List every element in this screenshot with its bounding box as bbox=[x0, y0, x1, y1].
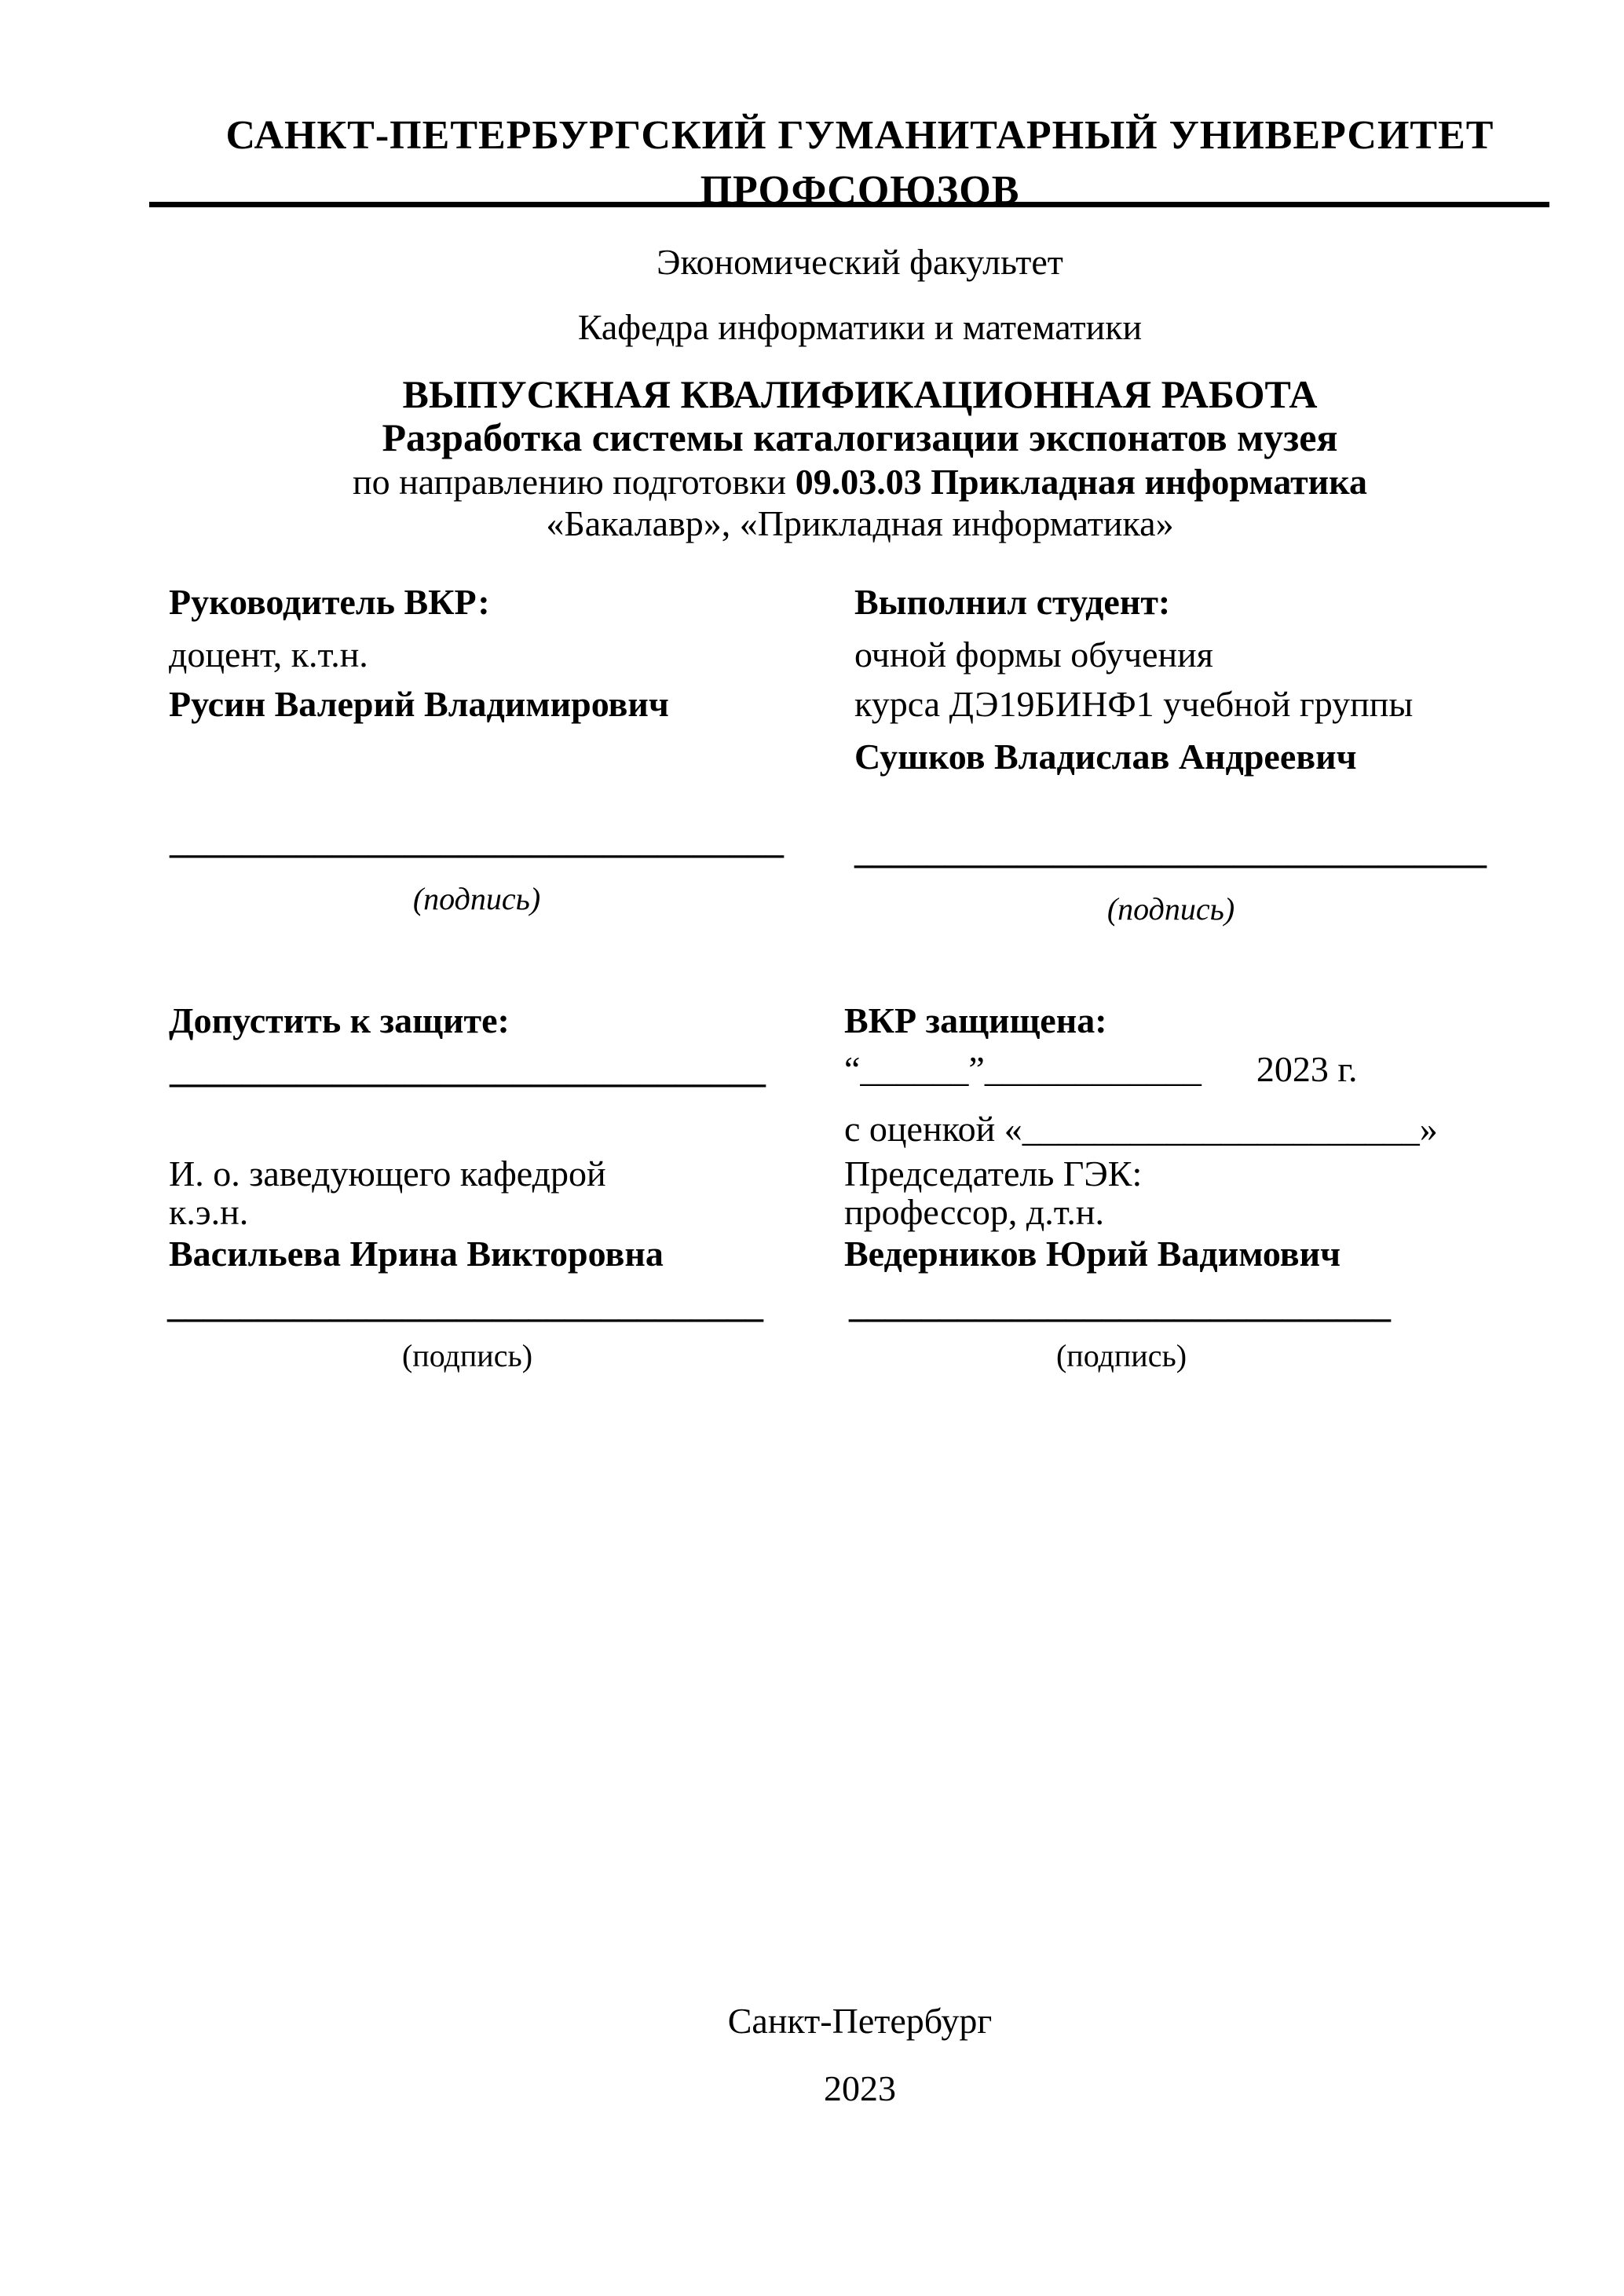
supervisor-label: Руководитель ВКР: bbox=[169, 582, 490, 623]
chairman-degree: профессор, д.т.н. bbox=[844, 1192, 1104, 1234]
city: Санкт-Петербург bbox=[149, 2001, 1571, 2042]
admission-signature-caption: (подпись) bbox=[167, 1338, 767, 1374]
chairman-name: Ведерников Юрий Вадимович bbox=[844, 1234, 1341, 1275]
direction-line: по направлению подготовки 09.03.03 Прикл… bbox=[149, 462, 1571, 503]
defense-label: ВКР защищена: bbox=[844, 1000, 1107, 1042]
chairman-signature-line: ______________________________ bbox=[849, 1287, 1391, 1323]
qualification-line: «Бакалавр», «Прикладная информатика» bbox=[149, 503, 1571, 545]
supervisor-signature-caption: (подпись) bbox=[170, 881, 784, 917]
year: 2023 bbox=[149, 2068, 1571, 2110]
direction-code: 09.03.03 Прикладная информатика bbox=[796, 462, 1367, 502]
department-name: Кафедра информатики и математики bbox=[149, 307, 1571, 349]
thesis-title-page: САНКТ-ПЕТЕРБУРГСКИЙ ГУМАНИТАРНЫЙ УНИВЕРС… bbox=[0, 0, 1624, 2296]
supervisor-degree: доцент, к.т.н. bbox=[169, 634, 368, 676]
student-group: курса ДЭ19БИНФ1 учебной группы bbox=[854, 684, 1413, 726]
defense-grade-line: с оценкой «______________________» bbox=[844, 1109, 1438, 1150]
admission-name: Васильева Ирина Викторовна bbox=[169, 1234, 664, 1275]
admission-degree: к.э.н. bbox=[169, 1192, 248, 1234]
admission-position: И. о. заведующего кафедрой bbox=[169, 1153, 606, 1195]
work-title: Разработка системы каталогизации экспона… bbox=[149, 415, 1571, 461]
defense-date-line: “______”____________2023 г. bbox=[844, 1049, 1358, 1091]
admission-signature-line: _________________________________ bbox=[170, 1052, 766, 1088]
work-type-title: ВЫПУСКНАЯ КВАЛИФИКАЦИОННАЯ РАБОТА bbox=[149, 372, 1571, 418]
student-name: Сушков Владислав Андреевич bbox=[854, 737, 1357, 778]
admission-label: Допустить к защите: bbox=[169, 1000, 510, 1042]
university-name-line1: САНКТ-ПЕТЕРБУРГСКИЙ ГУМАНИТАРНЫЙ УНИВЕРС… bbox=[149, 108, 1571, 163]
supervisor-signature-line: __________________________________ bbox=[170, 823, 784, 859]
student-signature-line: ___________________________________ bbox=[854, 833, 1487, 869]
chairman-signature-caption: (подпись) bbox=[849, 1338, 1394, 1374]
supervisor-name: Русин Валерий Владимирович bbox=[169, 684, 669, 726]
university-name-line2: ПРОФСОЮЗОВ bbox=[149, 163, 1571, 218]
student-signature-caption: (подпись) bbox=[854, 891, 1487, 927]
defense-date-blank: “______”____________ bbox=[844, 1049, 1202, 1089]
header-rule bbox=[149, 202, 1549, 207]
direction-prefix: по направлению подготовки bbox=[353, 462, 796, 502]
chairman-label: Председатель ГЭК: bbox=[844, 1153, 1142, 1195]
defense-date-year: 2023 г. bbox=[1256, 1049, 1358, 1089]
faculty-name: Экономический факультет bbox=[149, 242, 1571, 283]
student-education-form: очной формы обучения bbox=[854, 634, 1213, 676]
student-label: Выполнил студент: bbox=[854, 582, 1170, 623]
admission-bottom-signature-line: _________________________________ bbox=[167, 1287, 763, 1323]
